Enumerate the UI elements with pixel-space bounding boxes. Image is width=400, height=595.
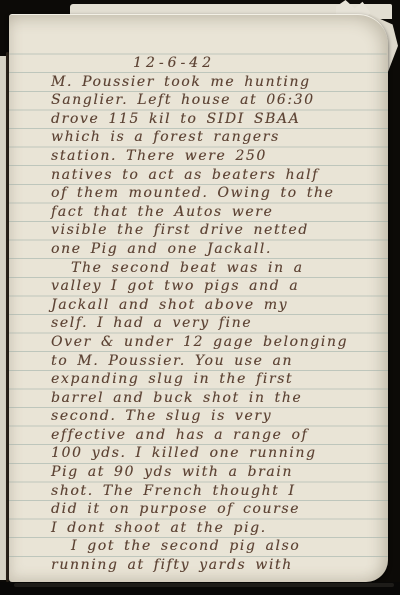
diary-line: Jackall and shot above my [51,296,381,315]
diary-line: fact that the Autos were [51,203,381,222]
diary-line: did it on purpose of course [51,500,381,519]
diary-line: valley I got two pigs and a [51,277,381,296]
diary-line: one Pig and one Jackall. [51,240,381,259]
diary-line: second. The slug is very [51,407,381,426]
diary-line: I got the second pig also [51,537,381,556]
diary-line: Sanglier. Left house at 06:30 [51,91,381,110]
date-heading: 12-6-42 [133,54,381,73]
diary-line: shot. The French thought I [51,482,381,501]
diary-line: running at fifty yards with [51,556,381,575]
diary-line: natives to act as beaters half [51,166,381,185]
diary-line: effective and has a range of [51,426,381,445]
diary-line: M. Poussier took me hunting [51,73,381,92]
diary-line: to M. Poussier. You use an [51,352,381,371]
diary-line: station. There were 250 [51,147,381,166]
diary-line: The second beat was in a [51,259,381,278]
diary-page: 12-6-42 M. Poussier took me hunting Sang… [9,14,388,582]
notebook-photo: 12-6-42 M. Poussier took me hunting Sang… [0,0,400,595]
notebook-cover-highlight [14,583,394,587]
handwriting-block: 12-6-42 M. Poussier took me hunting Sang… [51,54,381,575]
diary-line: visible the first drive netted [51,221,381,240]
diary-line: Pig at 90 yds with a brain [51,463,381,482]
diary-line: I dont shoot at the pig. [51,519,381,538]
diary-line: self. I had a very fine [51,314,381,333]
diary-line: which is a forest rangers [51,128,381,147]
diary-line: Over & under 12 gage belonging [51,333,381,352]
diary-line: of them mounted. Owing to the [51,184,381,203]
diary-line: drove 115 kil to SIDI SBAA [51,110,381,129]
diary-line: expanding slug in the first [51,370,381,389]
diary-line: 100 yds. I killed one running [51,444,381,463]
diary-line: barrel and buck shot in the [51,389,381,408]
